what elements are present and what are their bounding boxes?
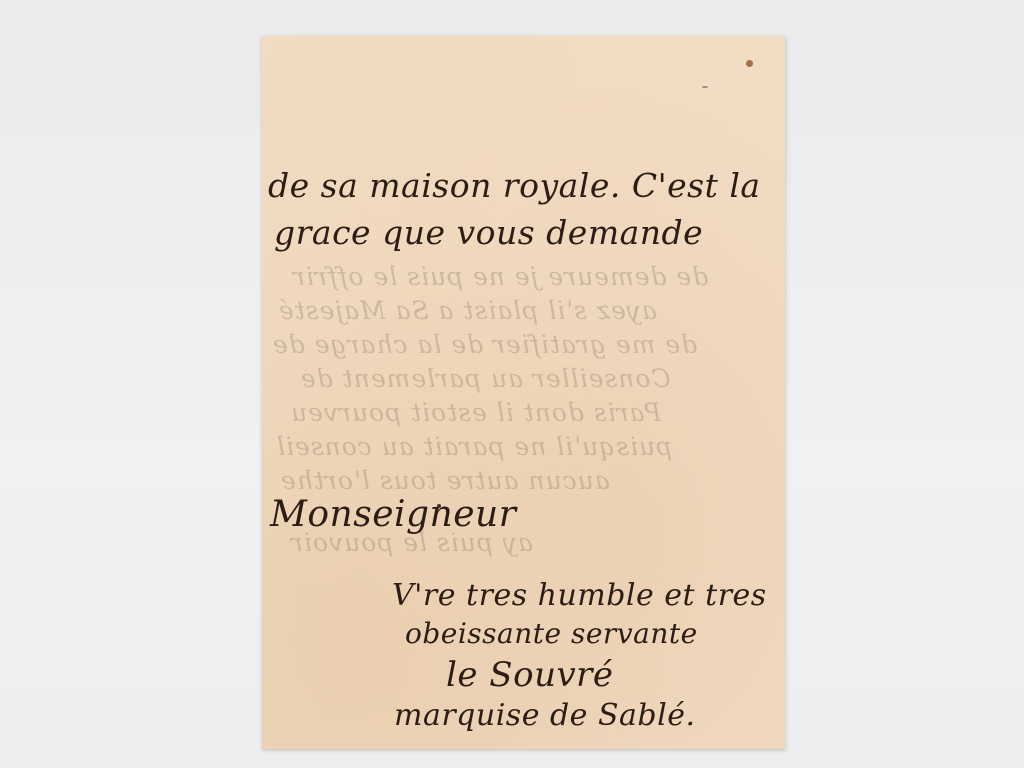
paper-blemish	[702, 86, 708, 88]
body-line-1: de sa maison royale. C'est la	[268, 166, 761, 205]
closing-line-2: obeissante servante	[405, 617, 698, 650]
body-line-2: grace que vous demande	[274, 213, 703, 252]
bleed-through-line: aucun autre tous l'orthe	[280, 466, 610, 495]
bleed-through-line: Conseiller au parlement de	[300, 364, 671, 393]
signature-title: marquise de Sablé.	[394, 698, 696, 733]
signature-name: le Souvré	[446, 655, 614, 695]
ink-stain	[746, 60, 753, 67]
bleed-through-line: ayez s'il plaist a Sa Majesté	[278, 296, 657, 325]
bleed-through-line: Paris dont il estoit pourveu	[290, 398, 661, 427]
bleed-through-line: de demeure je ne puis le offrir	[292, 262, 708, 291]
closing-line-1: V're tres humble et tres	[392, 578, 767, 613]
salutation: Monseigneur	[270, 494, 516, 535]
bleed-through-line: puisqu'il ne parait au conseil	[276, 432, 672, 461]
bleed-through-line: de me gratifier de la charge de	[272, 330, 697, 359]
